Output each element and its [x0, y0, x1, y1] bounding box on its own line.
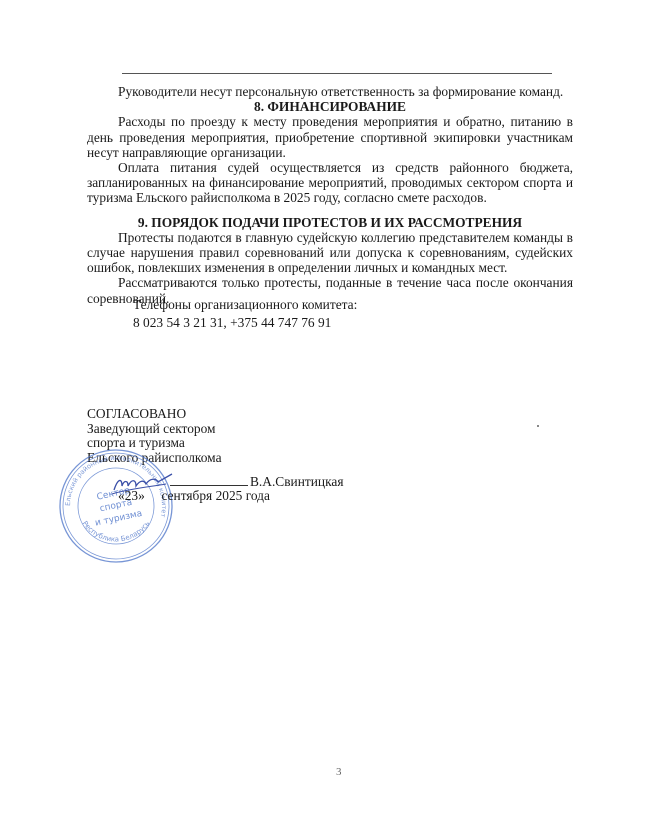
- approval-date-day: «23»: [118, 488, 145, 503]
- scan-speck: [537, 425, 539, 427]
- official-stamp-icon: Ельский районный исполнительный комитет …: [56, 446, 176, 566]
- approval-date: «23» сентября 2025 года: [118, 488, 270, 504]
- phones-block: Телефоны организационного комитета: 8 02…: [133, 296, 357, 332]
- section-9-paragraph-1: Протесты подаются в главную судейскую ко…: [87, 230, 573, 276]
- approval-date-rest: сентября 2025 года: [162, 488, 270, 503]
- document-body: Руководители несут персональную ответств…: [87, 84, 573, 306]
- section-8-heading: 8. ФИНАНСИРОВАНИЕ: [87, 99, 573, 114]
- phones-numbers: 8 023 54 3 21 31, +375 44 747 76 91: [133, 314, 357, 332]
- phones-label: Телефоны организационного комитета:: [133, 296, 357, 314]
- intro-paragraph: Руководители несут персональную ответств…: [87, 84, 573, 99]
- signature-underline: [170, 485, 248, 486]
- document-page: Руководители несут персональную ответств…: [0, 0, 649, 840]
- section-8-paragraph-2: Оплата питания судей осуществляется из с…: [87, 160, 573, 206]
- approval-position-1: Заведующий сектором: [87, 422, 222, 437]
- signer-name: В.А.Свинтицкая: [250, 474, 343, 489]
- page-number: 3: [336, 766, 342, 778]
- approval-title: СОГЛАСОВАНО: [87, 407, 222, 422]
- section-9-heading: 9. ПОРЯДОК ПОДАЧИ ПРОТЕСТОВ И ИХ РАССМОТ…: [87, 215, 573, 230]
- header-divider: [122, 73, 552, 74]
- section-8-paragraph-1: Расходы по проезду к месту проведения ме…: [87, 114, 573, 160]
